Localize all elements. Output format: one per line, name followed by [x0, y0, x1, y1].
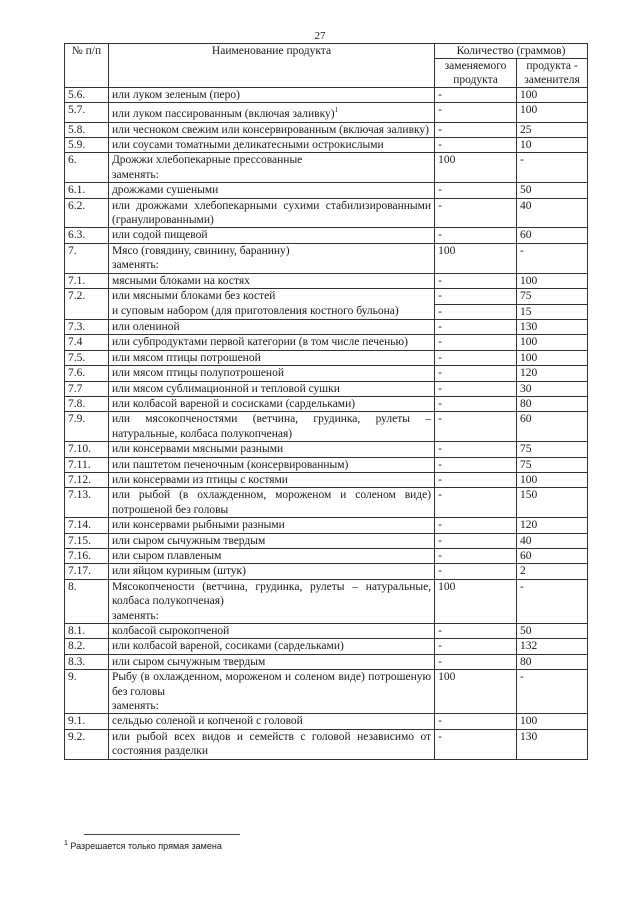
product-name: или рыбой всех видов и семейств с голово…: [108, 729, 434, 759]
row-number: 5.8.: [65, 122, 109, 137]
row-number: 7.13.: [65, 488, 109, 518]
product-name-text: Мясо (говядину, свинину, баранину): [112, 245, 290, 257]
row-number: 5.9.: [65, 138, 109, 153]
product-name: или сыром сычужным твердым: [108, 533, 434, 548]
substitute-quantity: 30: [517, 381, 588, 396]
product-name: или чесноком свежим или консервированным…: [108, 122, 434, 137]
product-name: Мясокопчености (ветчина, грудинка, рулет…: [108, 579, 434, 623]
footnote-ref: 1: [335, 106, 339, 114]
substitute-quantity: 150: [517, 488, 588, 518]
table-row: 7.8.или колбасой вареной и сосисками (са…: [65, 396, 588, 411]
replaced-quantity: 100: [435, 579, 517, 623]
substitute-quantity: 100: [517, 88, 588, 103]
replaced-quantity: -: [435, 654, 517, 669]
row-number: 8.1.: [65, 624, 109, 639]
substitute-quantity: 60: [517, 228, 588, 243]
table-row: 7.2.или мясными блоками без костейи супо…: [65, 289, 588, 304]
product-name-text: или мясом сублимационной и тепловой сушк…: [112, 383, 340, 395]
substitute-quantity: 50: [517, 624, 588, 639]
replace-label: заменять:: [112, 168, 431, 182]
table-row: 7.9.или мясокопченостями (ветчина, груди…: [65, 412, 588, 442]
product-name: колбасой сырокопченой: [108, 624, 434, 639]
replaced-quantity: -: [435, 533, 517, 548]
product-name-text: или сыром сычужным твердым: [112, 656, 265, 668]
replace-label: заменять:: [112, 609, 431, 623]
product-name: или мясом птицы потрошеной: [108, 350, 434, 365]
replace-label: заменять:: [112, 258, 431, 272]
table-row: 5.7.или луком пассированным (включая зал…: [65, 103, 588, 122]
table-row: 6.3.или содой пищевой-60: [65, 228, 588, 243]
product-name-text: или субпродуктами первой категории (в то…: [112, 336, 408, 348]
product-name: или колбасой вареной, сосиками (сардельк…: [108, 639, 434, 654]
row-number: 9.: [65, 670, 109, 714]
row-number: 7.9.: [65, 412, 109, 442]
row-number: 6.2.: [65, 198, 109, 228]
replaced-quantity: -: [435, 103, 517, 122]
row-number: 7.10.: [65, 442, 109, 457]
replaced-quantity: -: [435, 366, 517, 381]
table-row: 7.5.или мясом птицы потрошеной-100: [65, 350, 588, 365]
table-row: 7.12.или консервами из птицы с костями-1…: [65, 472, 588, 487]
product-name: или консервами из птицы с костями: [108, 472, 434, 487]
substitute-quantity: 132: [517, 639, 588, 654]
replaced-quantity: -: [435, 457, 517, 472]
footnote: 1 Разрешается только прямая замена: [64, 840, 222, 851]
row-number: 7.15.: [65, 533, 109, 548]
replace-label: заменять:: [112, 699, 431, 713]
table-row: 8.3.или сыром сычужным твердым-80: [65, 654, 588, 669]
substitute-quantity: 75: [517, 289, 588, 304]
substitute-quantity: 50: [517, 183, 588, 198]
substitute-quantity: 40: [517, 533, 588, 548]
substitute-quantity: 100: [517, 103, 588, 122]
row-number: 7.7: [65, 381, 109, 396]
row-number: 9.1.: [65, 714, 109, 729]
row-number: 7.4: [65, 335, 109, 350]
product-name-text: и суповым набором (для приготовления кос…: [112, 304, 431, 318]
row-number: 8.3.: [65, 654, 109, 669]
header-num: № п/п: [65, 44, 109, 88]
substitute-quantity: 100: [517, 472, 588, 487]
table-row: 6.2.или дрожжами хлебопекарными сухими с…: [65, 198, 588, 228]
row-number: 9.2.: [65, 729, 109, 759]
row-number: 7.1.: [65, 273, 109, 288]
product-name: или мясом сублимационной и тепловой сушк…: [108, 381, 434, 396]
row-number: 7.12.: [65, 472, 109, 487]
replaced-quantity: -: [435, 350, 517, 365]
replaced-quantity: -: [435, 273, 517, 288]
product-name-text: Мясокопчености (ветчина, грудинка, рулет…: [112, 581, 431, 607]
product-name: Дрожжи хлебопекарные прессованныезаменят…: [108, 153, 434, 183]
replaced-quantity: -: [435, 304, 517, 319]
substitute-quantity: 25: [517, 122, 588, 137]
replaced-quantity: -: [435, 289, 517, 304]
table-row: 7.16.или сыром плавленым-60: [65, 549, 588, 564]
substitute-quantity: 2: [517, 564, 588, 579]
product-name-text: или соусами томатными деликатесными остр…: [112, 139, 384, 151]
substitute-quantity: 60: [517, 412, 588, 442]
table-row: 9.Рыбу (в охлажденном, мороженом и солен…: [65, 670, 588, 714]
product-name: сельдью соленой и копченой с головой: [108, 714, 434, 729]
replaced-quantity: -: [435, 549, 517, 564]
footnote-divider: [84, 834, 240, 835]
product-name-text: дрожжами сушеными: [112, 184, 218, 196]
product-name: мясными блоками на костях: [108, 273, 434, 288]
table-row: 9.1.сельдью соленой и копченой с головой…: [65, 714, 588, 729]
product-name-text: или содой пищевой: [112, 229, 208, 241]
table-row: 5.8.или чесноком свежим или консервирова…: [65, 122, 588, 137]
table-row: 5.6.или луком зеленым (перо)-100: [65, 88, 588, 103]
substitute-quantity: 10: [517, 138, 588, 153]
product-name: или консервами рыбными разными: [108, 518, 434, 533]
row-number: 7.: [65, 243, 109, 273]
substitute-quantity: -: [517, 670, 588, 714]
product-name-text: или мясокопченостями (ветчина, грудинка,…: [112, 413, 431, 439]
product-name-text: или консервами из птицы с костями: [112, 474, 288, 486]
product-name-text: или луком зеленым (перо): [112, 89, 240, 101]
product-name-text: или мясными блоками без костей: [112, 290, 275, 302]
substitute-quantity: -: [517, 153, 588, 183]
replaced-quantity: -: [435, 198, 517, 228]
page-number: 27: [0, 30, 640, 42]
product-name-text: или сыром сычужным твердым: [112, 535, 265, 547]
product-name-text: или яйцом куриным (штук): [112, 565, 246, 577]
product-name-text: или чесноком свежим или консервированным…: [112, 124, 429, 136]
row-number: 6.1.: [65, 183, 109, 198]
product-name-text: или олениной: [112, 321, 180, 333]
product-name: или луком пассированным (включая заливку…: [108, 103, 434, 122]
replaced-quantity: -: [435, 714, 517, 729]
substitute-quantity: 40: [517, 198, 588, 228]
product-name-text: или колбасой вареной и сосисками (сардел…: [112, 398, 355, 410]
substitution-table: № п/п Наименование продукта Количество (…: [64, 43, 588, 760]
table-row: 6.Дрожжи хлебопекарные прессованныезамен…: [65, 153, 588, 183]
substitute-quantity: -: [517, 579, 588, 623]
replaced-quantity: -: [435, 183, 517, 198]
substitute-quantity: 75: [517, 457, 588, 472]
row-number: 5.7.: [65, 103, 109, 122]
substitute-quantity: 120: [517, 518, 588, 533]
row-number: 7.5.: [65, 350, 109, 365]
product-name-text: Рыбу (в охлажденном, мороженом и соленом…: [112, 671, 431, 697]
row-number: 7.3.: [65, 319, 109, 334]
substitute-quantity: 130: [517, 319, 588, 334]
table-row: 8.1.колбасой сырокопченой-50: [65, 624, 588, 639]
product-name-text: или мясом птицы потрошеной: [112, 352, 261, 364]
substitute-quantity: 120: [517, 366, 588, 381]
row-number: 7.8.: [65, 396, 109, 411]
replaced-quantity: -: [435, 319, 517, 334]
row-number: 8.: [65, 579, 109, 623]
row-number: 7.6.: [65, 366, 109, 381]
row-number: 7.16.: [65, 549, 109, 564]
table-row: 8.2.или колбасой вареной, сосиками (сард…: [65, 639, 588, 654]
product-name: или консервами мясными разными: [108, 442, 434, 457]
replaced-quantity: -: [435, 488, 517, 518]
product-name-text: или мясом птицы полупотрошеной: [112, 367, 284, 379]
footnote-text: Разрешается только прямая замена: [70, 841, 221, 851]
substitute-quantity: 100: [517, 335, 588, 350]
table-row: 7.14.или консервами рыбными разными-120: [65, 518, 588, 533]
product-name-text: или луком пассированным (включая заливку…: [112, 108, 335, 120]
replaced-quantity: -: [435, 122, 517, 137]
substitute-quantity: 15: [517, 304, 588, 319]
replaced-quantity: -: [435, 472, 517, 487]
product-name: или луком зеленым (перо): [108, 88, 434, 103]
table-body: 5.6.или луком зеленым (перо)-1005.7.или …: [65, 88, 588, 760]
product-name-text: или рыбой (в охлажденном, мороженом и со…: [112, 489, 431, 515]
product-name-text: или паштетом печеночным (консервированны…: [112, 459, 348, 471]
substitute-quantity: 75: [517, 442, 588, 457]
product-name: или субпродуктами первой категории (в то…: [108, 335, 434, 350]
replaced-quantity: -: [435, 88, 517, 103]
product-name: дрожжами сушеными: [108, 183, 434, 198]
replaced-quantity: -: [435, 335, 517, 350]
product-name-text: сельдью соленой и копченой с головой: [112, 715, 303, 727]
table-row: 7.1.мясными блоками на костях-100: [65, 273, 588, 288]
product-name: или соусами томатными деликатесными остр…: [108, 138, 434, 153]
substitute-quantity: -: [517, 243, 588, 273]
product-name: или колбасой вареной и сосисками (сардел…: [108, 396, 434, 411]
table-row: 7.11.или паштетом печеночным (консервиро…: [65, 457, 588, 472]
product-name-text: колбасой сырокопченой: [112, 625, 229, 637]
substitute-quantity: 100: [517, 714, 588, 729]
product-name-text: мясными блоками на костях: [112, 275, 250, 287]
replaced-quantity: -: [435, 381, 517, 396]
substitute-quantity: 130: [517, 729, 588, 759]
product-name: или мясокопченостями (ветчина, грудинка,…: [108, 412, 434, 442]
product-name: или олениной: [108, 319, 434, 334]
table-row: 7.7или мясом сублимационной и тепловой с…: [65, 381, 588, 396]
replaced-quantity: 100: [435, 670, 517, 714]
replaced-quantity: -: [435, 138, 517, 153]
header-replaced: заменяемого продукта: [435, 59, 517, 88]
product-name: или дрожжами хлебопекарными сухими стаби…: [108, 198, 434, 228]
table-row: 7.6.или мясом птицы полупотрошеной-120: [65, 366, 588, 381]
product-name-text: или консервами рыбными разными: [112, 519, 285, 531]
product-name-text: или рыбой всех видов и семейств с голово…: [112, 731, 431, 757]
replaced-quantity: -: [435, 639, 517, 654]
substitute-quantity: 100: [517, 273, 588, 288]
replaced-quantity: -: [435, 396, 517, 411]
product-name: или сыром плавленым: [108, 549, 434, 564]
product-name-text: или дрожжами хлебопекарными сухими стаби…: [112, 200, 431, 226]
table-row: 7.Мясо (говядину, свинину, баранину)заме…: [65, 243, 588, 273]
header-quantity: Количество (граммов): [435, 44, 588, 59]
product-name-text: Дрожжи хлебопекарные прессованные: [112, 154, 302, 166]
product-name: или мясными блоками без костейи суповым …: [108, 289, 434, 320]
replaced-quantity: -: [435, 442, 517, 457]
row-number: 6.: [65, 153, 109, 183]
replaced-quantity: -: [435, 228, 517, 243]
replaced-quantity: 100: [435, 243, 517, 273]
product-name: или мясом птицы полупотрошеной: [108, 366, 434, 381]
product-name: Мясо (говядину, свинину, баранину)заменя…: [108, 243, 434, 273]
table-row: 7.3.или олениной-130: [65, 319, 588, 334]
product-name: или рыбой (в охлажденном, мороженом и со…: [108, 488, 434, 518]
product-name: или яйцом куриным (штук): [108, 564, 434, 579]
table-row: 7.15.или сыром сычужным твердым-40: [65, 533, 588, 548]
product-name-text: или колбасой вареной, сосиками (сардельк…: [112, 640, 344, 652]
row-number: 7.11.: [65, 457, 109, 472]
table-row: 7.4или субпродуктами первой категории (в…: [65, 335, 588, 350]
row-number: 7.2.: [65, 289, 109, 320]
product-name: или содой пищевой: [108, 228, 434, 243]
replaced-quantity: -: [435, 564, 517, 579]
replaced-quantity: -: [435, 518, 517, 533]
replaced-quantity: -: [435, 624, 517, 639]
row-number: 5.6.: [65, 88, 109, 103]
table-row: 9.2.или рыбой всех видов и семейств с го…: [65, 729, 588, 759]
product-name-text: или консервами мясными разными: [112, 443, 283, 455]
replaced-quantity: -: [435, 412, 517, 442]
substitute-quantity: 60: [517, 549, 588, 564]
row-number: 8.2.: [65, 639, 109, 654]
row-number: 6.3.: [65, 228, 109, 243]
table-row: 5.9.или соусами томатными деликатесными …: [65, 138, 588, 153]
table-row: 7.13.или рыбой (в охлажденном, мороженом…: [65, 488, 588, 518]
row-number: 7.17.: [65, 564, 109, 579]
product-name: или паштетом печеночным (консервированны…: [108, 457, 434, 472]
substitute-quantity: 100: [517, 350, 588, 365]
header-name: Наименование продукта: [108, 44, 434, 88]
row-number: 7.14.: [65, 518, 109, 533]
product-name-text: или сыром плавленым: [112, 550, 221, 562]
table-row: 7.17.или яйцом куриным (штук)-2: [65, 564, 588, 579]
header-substitute: продукта - заменителя: [517, 59, 588, 88]
substitute-quantity: 80: [517, 396, 588, 411]
product-name: или сыром сычужным твердым: [108, 654, 434, 669]
table-row: 7.10.или консервами мясными разными-75: [65, 442, 588, 457]
replaced-quantity: 100: [435, 153, 517, 183]
product-name: Рыбу (в охлажденном, мороженом и соленом…: [108, 670, 434, 714]
footnote-mark: 1: [64, 840, 68, 847]
table-row: 6.1.дрожжами сушеными-50: [65, 183, 588, 198]
replaced-quantity: -: [435, 729, 517, 759]
table-row: 8.Мясокопчености (ветчина, грудинка, рул…: [65, 579, 588, 623]
substitute-quantity: 80: [517, 654, 588, 669]
